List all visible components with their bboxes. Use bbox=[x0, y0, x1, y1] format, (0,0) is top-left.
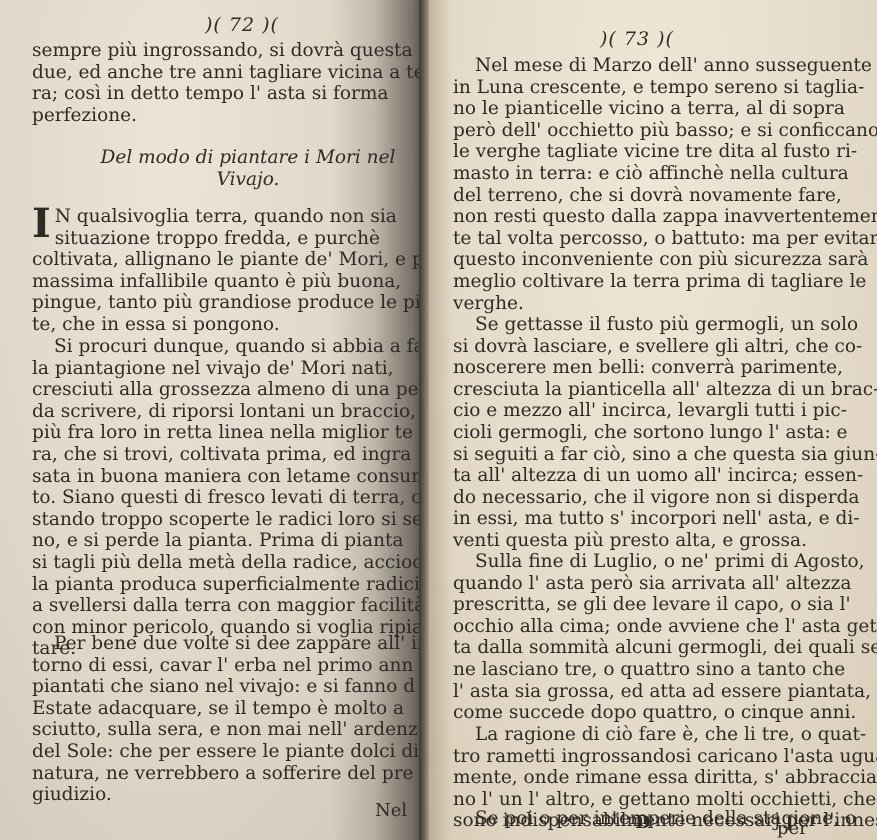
text-line: occhio alla cima; onde avviene che l' as… bbox=[453, 616, 863, 638]
text-line: La ragione di ciò fare è, che li tre, o … bbox=[453, 724, 863, 746]
text-line: ta all' altezza di un uomo all' incirca;… bbox=[453, 465, 863, 487]
text-line: sciutto, sulla sera, e non mai nell' ard… bbox=[32, 719, 425, 741]
paragraph-1: Nel mese di Marzo dell' anno susseguente… bbox=[453, 55, 863, 314]
text-line: da scrivere, di riporsi lontani un bracc… bbox=[32, 401, 425, 423]
drop-capital: I bbox=[32, 206, 51, 242]
text-line: massima infallibile quanto è più buona, bbox=[32, 271, 425, 293]
text-line: no, e si perde la pianta. Prima di piant… bbox=[32, 530, 425, 552]
text-line: in essi, ma tutto s' incorpori nell' ast… bbox=[453, 508, 863, 530]
paragraph-3: Per bene due volte si dee zappare all' i… bbox=[32, 633, 425, 806]
text-line: sata in buona maniera con letame consum bbox=[32, 466, 425, 488]
text-line: venti questa più presto alta, e grossa. bbox=[453, 530, 863, 552]
text-line: do necessario, che il vigore non si disp… bbox=[453, 487, 863, 509]
text-line: ne lasciano tre, o quattro sino a tanto … bbox=[453, 659, 863, 681]
text-line: ra; così in detto tempo l' asta si forma bbox=[32, 83, 425, 105]
signature-mark: D bbox=[635, 812, 651, 833]
left-page: )( 72 )( sempre più ingrossando, si dovr… bbox=[0, 0, 425, 840]
text-line: Se gettasse il fusto più germogli, un so… bbox=[453, 314, 863, 336]
text-line: tro rametti ingrossandosi caricano l'ast… bbox=[453, 746, 863, 768]
paragraph-2: Se gettasse il fusto più germogli, un so… bbox=[453, 314, 863, 552]
text-line: Si procuri dunque, quando si abbia a far bbox=[32, 336, 425, 358]
text-line: ra, che si trovi, coltivata prima, ed in… bbox=[32, 444, 425, 466]
text-line: non resti questo dalla zappa inavvertent… bbox=[453, 206, 863, 228]
text-line: natura, ne verrebbero a sofferire del pr… bbox=[32, 763, 425, 785]
text-line: Per bene due volte si dee zappare all' i… bbox=[32, 633, 425, 655]
text-line: te, che in essa si pongono. bbox=[32, 314, 425, 336]
section-heading-line: Vivajo. bbox=[88, 169, 408, 191]
text-line: stando troppo scoperte le radici loro si… bbox=[32, 509, 425, 531]
text-line: del Sole: che per essere le piante dolci… bbox=[32, 741, 425, 763]
text-line: la piantagione nel vivajo de' Mori nati, bbox=[32, 358, 425, 380]
text-line: meglio coltivare la terra prima di tagli… bbox=[453, 271, 863, 293]
text-line: torno di essi, cavar l' erba nel primo a… bbox=[32, 655, 425, 677]
text-line: noscerere men belli: converrà parimente, bbox=[453, 357, 863, 379]
text-line: in Luna crescente, e tempo sereno si tag… bbox=[453, 77, 863, 99]
text-line: si dovrà lasciare, e svellere gli altri,… bbox=[453, 336, 863, 358]
text-line: Sulla fine di Luglio, o ne' primi di Ago… bbox=[453, 551, 863, 573]
text-line: N qualsivoglia terra, quando non sia bbox=[32, 206, 425, 228]
page-number-72: )( 72 )( bbox=[205, 14, 279, 36]
text-line: verghe. bbox=[453, 293, 863, 315]
catchword: per bbox=[777, 818, 808, 839]
book-spread: )( 72 )( sempre più ingrossando, si dovr… bbox=[0, 0, 877, 840]
text-line: prescritta, se gli dee levare il capo, o… bbox=[453, 594, 863, 616]
paragraph-2: Si procuri dunque, quando si abbia a far… bbox=[32, 336, 425, 660]
text-line: questo inconveniente con più sicurezza s… bbox=[453, 249, 863, 271]
text-line: a svellersi dalla terra con maggior faci… bbox=[32, 595, 425, 617]
text-line: no le pianticelle vicino a terra, al di … bbox=[453, 98, 863, 120]
section-heading-line: Del modo di piantare i Mori nel bbox=[88, 147, 408, 169]
text-line: cresciuta la pianticella all' altezza di… bbox=[453, 379, 863, 401]
paragraph-3: Sulla fine di Luglio, o ne' primi di Ago… bbox=[453, 551, 863, 724]
text-line: si tagli più della metà della radice, ac… bbox=[32, 552, 425, 574]
text-line: cio e mezzo all' incirca, levargli tutti… bbox=[453, 400, 863, 422]
text-line: però dell' occhietto più basso; e si con… bbox=[453, 120, 863, 142]
catchword: Nel bbox=[375, 800, 407, 821]
text-line: più fra loro in retta linea nella miglio… bbox=[32, 422, 425, 444]
text-line: perfezione. bbox=[32, 105, 425, 127]
text-line: le verghe tagliate vicine tre dita al fu… bbox=[453, 141, 863, 163]
text-line: come succede dopo quattro, o cinque anni… bbox=[453, 702, 863, 724]
text-line: piantati che siano nel vivajo: e si fann… bbox=[32, 676, 425, 698]
text-line: Nel mese di Marzo dell' anno susseguente bbox=[453, 55, 863, 77]
text-line: masto in terra: e ciò affinchè nella cul… bbox=[453, 163, 863, 185]
section-heading: Del modo di piantare i Mori nel Vivajo. bbox=[88, 147, 408, 191]
text-line: due, ed anche tre anni tagliare vicina a… bbox=[32, 62, 425, 84]
paragraph-1: I N qualsivoglia terra, quando non sia s… bbox=[32, 206, 425, 336]
text-line: quando l' asta però sia arrivata all' al… bbox=[453, 573, 863, 595]
text-line: ta dalla sommità alcuni germogli, dei qu… bbox=[453, 637, 863, 659]
text-line: giudizio. bbox=[32, 784, 425, 806]
book-gutter bbox=[419, 0, 429, 840]
text-line: la pianta produca superficialmente radic… bbox=[32, 574, 425, 596]
text-line: to. Siano questi di fresco levati di ter… bbox=[32, 487, 425, 509]
text-line: si seguiti a far ciò, sino a che questa … bbox=[453, 444, 863, 466]
continuation-text: sempre più ingrossando, si dovrà questa … bbox=[32, 40, 425, 126]
text-line: cioli germogli, che sortono lungo l' ast… bbox=[453, 422, 863, 444]
text-line: Estate adacquare, se il tempo è molto a bbox=[32, 698, 425, 720]
right-page: )( 73 )( Nel mese di Marzo dell' anno su… bbox=[425, 0, 877, 840]
text-line: situazione troppo fredda, e purchè bbox=[32, 228, 425, 250]
page-number-73: )( 73 )( bbox=[600, 28, 674, 50]
text-line: pingue, tanto più grandiose produce le p… bbox=[32, 292, 425, 314]
text-line: sempre più ingrossando, si dovrà questa … bbox=[32, 40, 425, 62]
text-line: l' asta sia grossa, ed atta ad essere pi… bbox=[453, 681, 863, 703]
text-line: del terreno, che si dovrà novamente fare… bbox=[453, 185, 863, 207]
text-line: cresciuti alla grossezza almeno di una p… bbox=[32, 379, 425, 401]
text-line: coltivata, allignano le piante de' Mori,… bbox=[32, 249, 425, 271]
text-line: te tal volta percosso, o battuto: ma per… bbox=[453, 228, 863, 250]
